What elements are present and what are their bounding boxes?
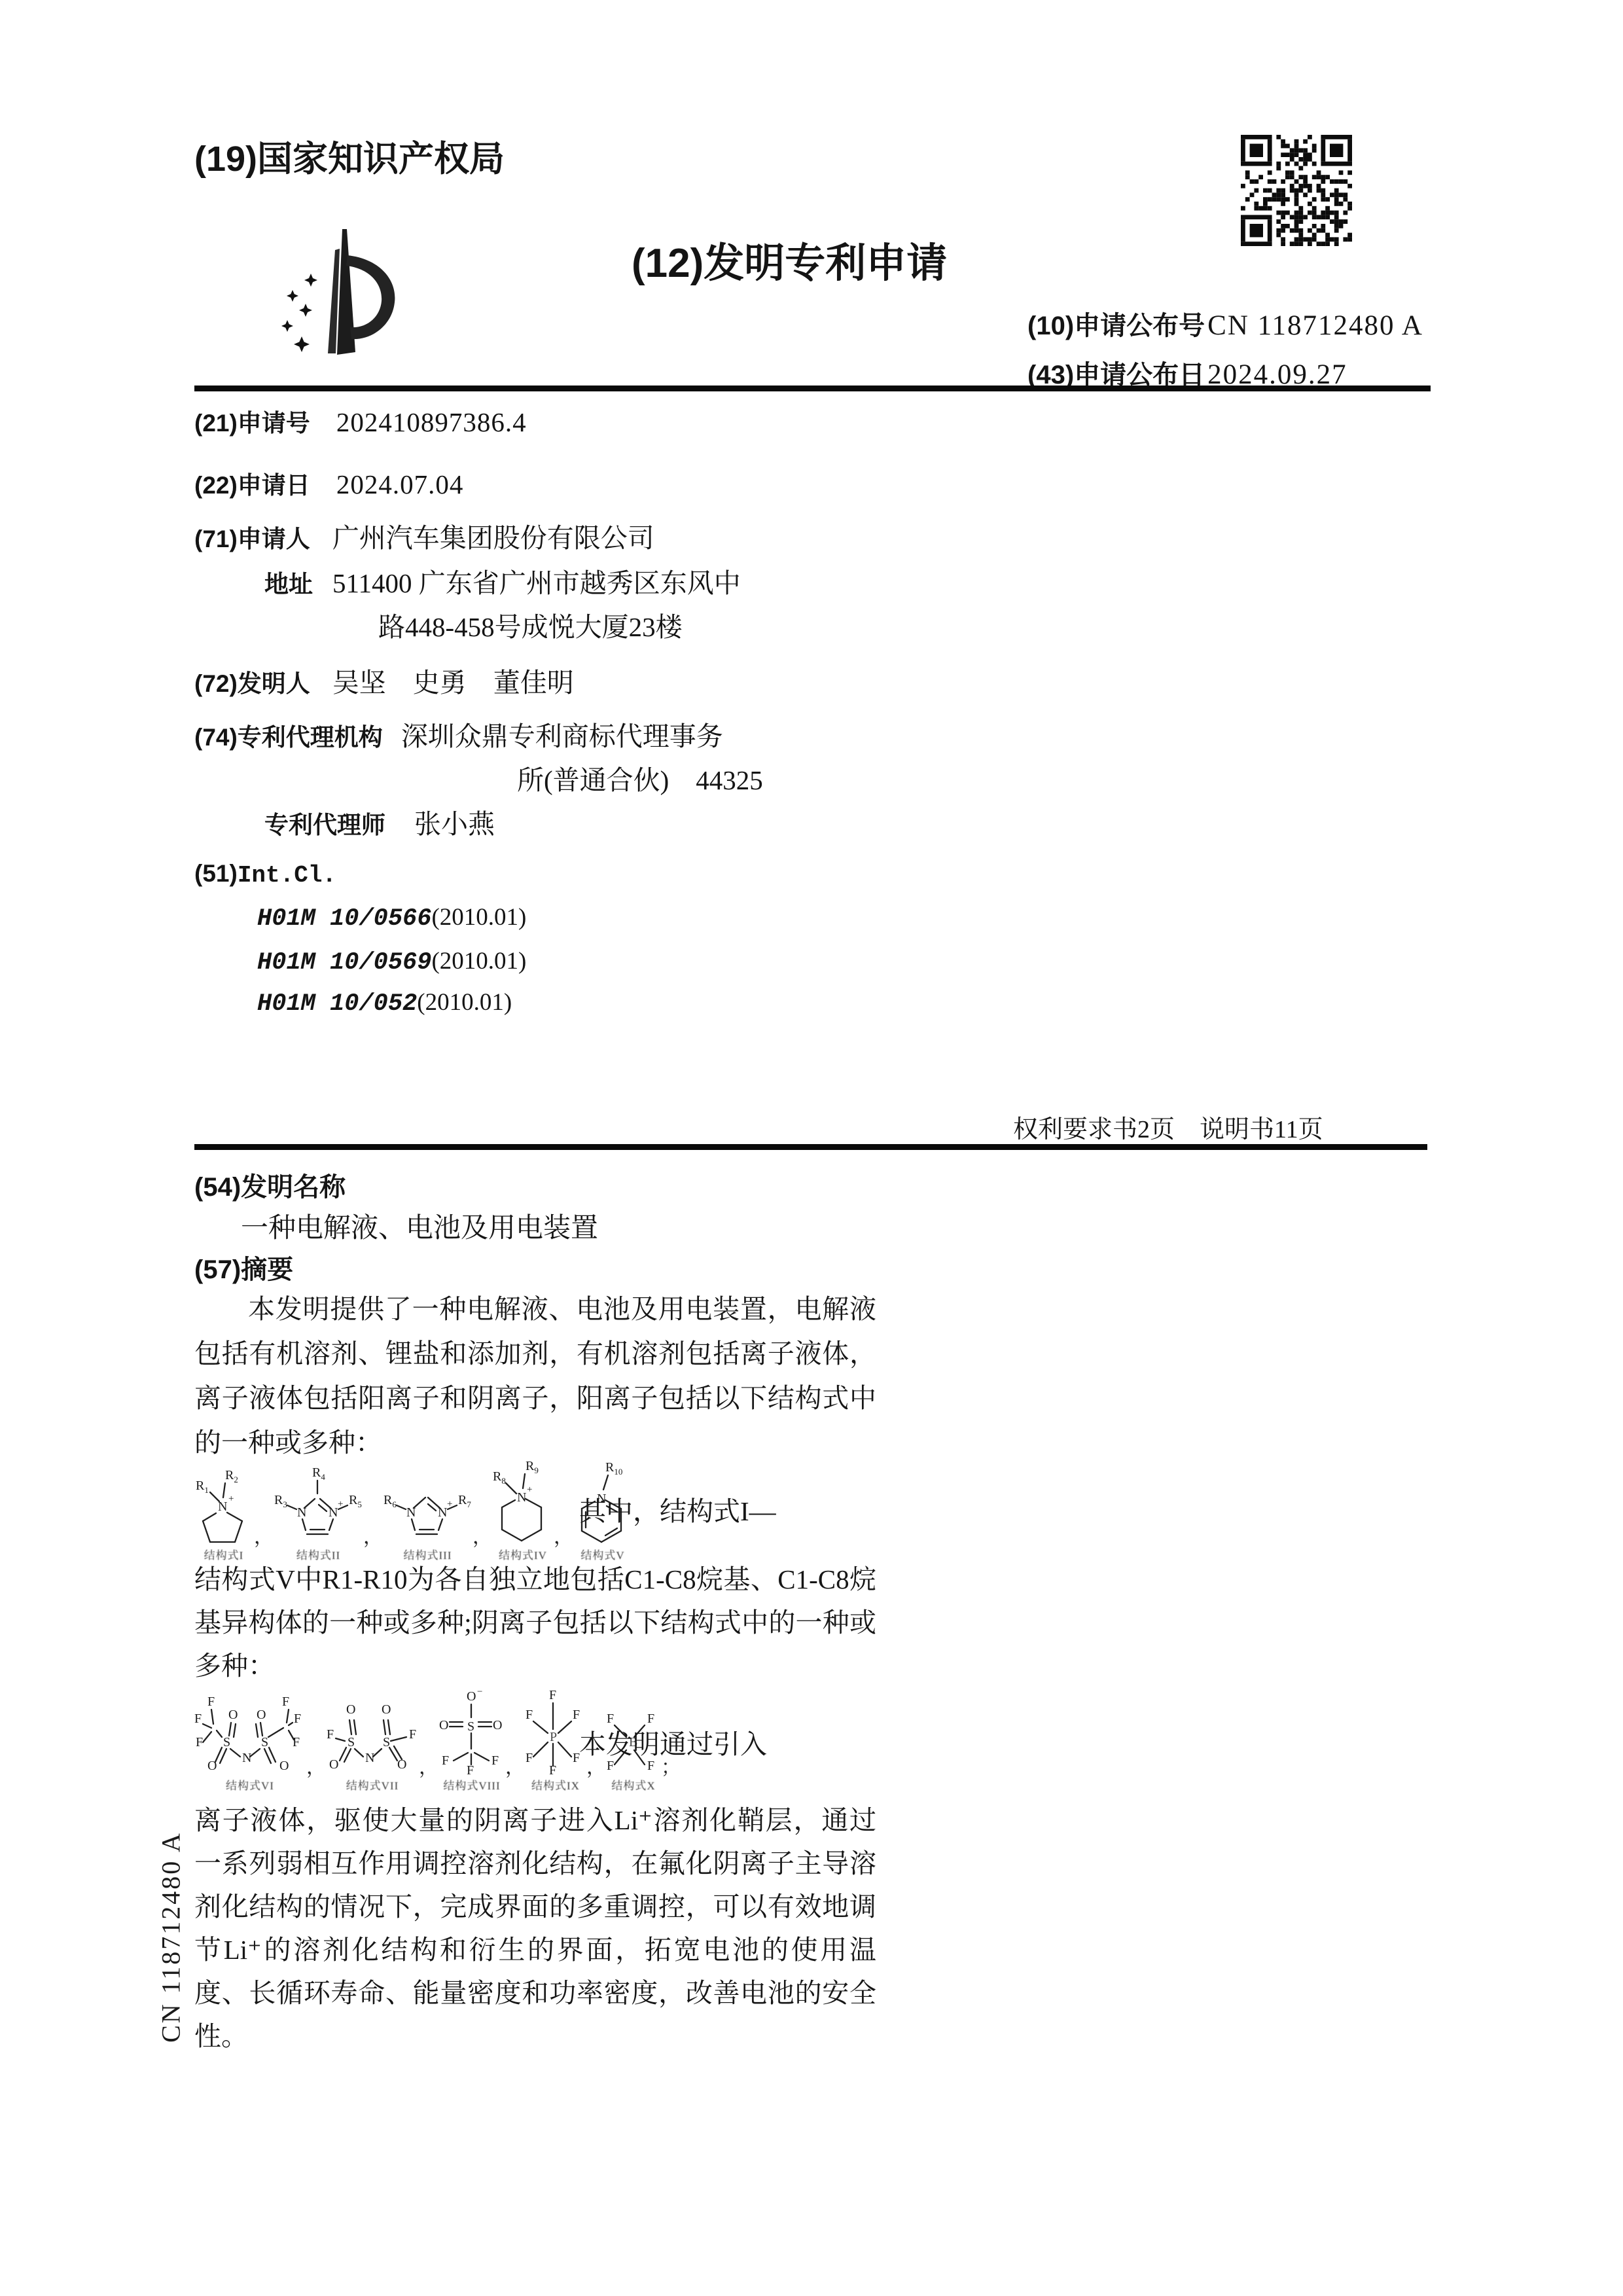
- intcl-label-num: (51): [194, 860, 238, 887]
- intcl-label: Int.Cl.: [238, 862, 336, 889]
- intcl-version: (2010.01): [431, 904, 526, 931]
- svg-text:N: N: [365, 1751, 374, 1765]
- structure-diagram-piperidinium: R8 R9 N+ 结构式IV: [493, 1461, 553, 1562]
- svg-text:F: F: [282, 1695, 289, 1709]
- intcl-code: H01M 10/052: [257, 990, 417, 1018]
- svg-text:−: −: [477, 1689, 482, 1697]
- abstract-inline-after-cations: 其中，结构式I—: [579, 1490, 879, 1533]
- agency-label: (74)专利代理机构: [194, 724, 383, 751]
- svg-text:O: O: [329, 1757, 338, 1772]
- address-line1: 511400 广东省广州市越秀区东风中: [332, 568, 741, 598]
- cation-structures-row: R1 R2 N+ 结构式I ， R3 R4 R5 NN+: [194, 1461, 587, 1562]
- svg-text:O: O: [346, 1702, 355, 1717]
- svg-text:F: F: [549, 1689, 556, 1702]
- comma-separator: ，: [473, 1520, 492, 1549]
- svg-text:F: F: [491, 1753, 499, 1768]
- section-divider: [194, 1144, 1427, 1150]
- svg-text:R6: R6: [383, 1493, 397, 1509]
- svg-text:O: O: [382, 1702, 391, 1717]
- svg-text:N: N: [517, 1490, 526, 1505]
- anion-structures-row: FFF OO S N S OO FFF 结构式VI ， F: [194, 1689, 587, 1793]
- svg-text:F: F: [196, 1735, 203, 1749]
- structure-caption: 结构式X: [611, 1776, 655, 1793]
- svg-text:F: F: [409, 1727, 416, 1742]
- svg-text:N: N: [242, 1751, 251, 1765]
- comma-separator: ，: [363, 1520, 383, 1549]
- svg-text:+: +: [228, 1494, 234, 1504]
- structure-diagram-triflate-anion: O− OOS FFF 结构式VIII: [439, 1689, 505, 1793]
- agency-line1: 深圳众鼎专利商标代理事务: [401, 721, 723, 751]
- agent-value: 张小燕: [414, 809, 495, 839]
- abstract-paragraph-2: 结构式V中R1-R10为各自独立地包括C1-C8烷基、C1-C8烷基异构体的一种…: [194, 1558, 876, 1687]
- comma-separator: ，: [419, 1751, 438, 1780]
- svg-text:R8: R8: [493, 1469, 506, 1486]
- office-name: (19)国家知识产权局: [194, 131, 505, 181]
- svg-text:P: P: [550, 1730, 557, 1744]
- abstract-paragraph-1: 本发明提供了一种电解液、电池及用电装置，电解液包括有机溶剂、锂盐和添加剂，有机溶…: [194, 1287, 876, 1465]
- svg-text:S: S: [223, 1735, 230, 1749]
- svg-text:+: +: [447, 1499, 452, 1509]
- doc-type-title: (12)发明专利申请: [632, 230, 947, 289]
- structure-diagram-tfsi-anion: FFF OO S N S OO FFF 结构式VI: [194, 1695, 306, 1793]
- svg-text:O: O: [439, 1718, 448, 1732]
- address-line2: 路448-458号成悦大厦23楼: [378, 612, 683, 642]
- svg-text:R1: R1: [196, 1479, 209, 1495]
- svg-text:F: F: [442, 1753, 449, 1768]
- svg-text:F: F: [526, 1708, 533, 1722]
- app-date-value: 2024.07.04: [336, 469, 464, 499]
- agency-line2: 所(普通合伙) 44325: [517, 765, 763, 795]
- applicant-value: 广州汽车集团股份有限公司: [332, 523, 654, 553]
- patent-front-page: (19)国家知识产权局 (12)发明专利申请 (10)申请公布号 CN 1187…: [0, 0, 1623, 2296]
- structure-caption: 结构式IX: [531, 1776, 580, 1793]
- comma-separator: ，: [505, 1751, 525, 1780]
- qr-code-icon: [1241, 135, 1352, 246]
- inventors-label: (72)发明人: [194, 670, 310, 697]
- comma-separator: ，: [306, 1751, 326, 1780]
- svg-text:F: F: [207, 1695, 215, 1709]
- svg-text:F: F: [293, 1735, 300, 1749]
- svg-text:O: O: [467, 1689, 476, 1704]
- svg-text:+: +: [338, 1499, 343, 1509]
- cnipa-logo-icon: [272, 226, 419, 358]
- side-publication-code: CN 118712480 A: [156, 1806, 187, 2068]
- svg-text:O: O: [257, 1708, 266, 1722]
- svg-text:R10: R10: [605, 1461, 622, 1477]
- svg-text:O: O: [279, 1759, 289, 1773]
- intcl-version: (2010.01): [417, 989, 512, 1016]
- svg-text:S: S: [261, 1735, 268, 1749]
- svg-text:R4: R4: [312, 1467, 325, 1482]
- svg-text:F: F: [294, 1712, 301, 1726]
- invention-title: 一种电解液、电池及用电装置: [241, 1206, 598, 1246]
- inventors-value: 吴坚 史勇 董佳明: [332, 668, 574, 698]
- structure-caption: 结构式VII: [346, 1776, 399, 1793]
- structure-diagram-imidazolium-disub: R6 R7 NN+ 结构式III: [383, 1467, 472, 1562]
- structure-caption: 结构式VI: [226, 1776, 274, 1793]
- svg-text:F: F: [467, 1763, 474, 1775]
- intcl-code: H01M 10/0566: [257, 905, 431, 933]
- svg-text:N: N: [218, 1499, 227, 1514]
- structure-diagram-fsi-anion: FOO S N S OO F 结构式VII: [327, 1695, 418, 1793]
- pages-info: 权利要求书2页 说明书11页: [1013, 1109, 1323, 1145]
- svg-text:R9: R9: [526, 1461, 539, 1475]
- pub-number-label: (10)申请公布号: [1027, 312, 1205, 340]
- address-label: 地址: [264, 571, 313, 598]
- app-date-label: (22)申请日: [194, 472, 310, 499]
- intcl-code: H01M 10/0569: [257, 949, 431, 977]
- structure-diagram-pyrrolidinium: R1 R2 N+ 结构式I: [194, 1467, 253, 1562]
- comma-separator: ，: [554, 1520, 573, 1549]
- svg-text:S: S: [467, 1719, 474, 1734]
- applicant-label: (71)申请人: [194, 526, 310, 552]
- structure-diagram-pf6-anion: P FF FF FF 结构式IX: [526, 1689, 586, 1793]
- svg-text:R7: R7: [458, 1493, 471, 1509]
- agent-label: 专利代理师: [264, 812, 385, 838]
- abstract-label: (57)摘要: [194, 1249, 293, 1286]
- svg-text:R2: R2: [225, 1468, 238, 1484]
- structure-caption: 结构式VIII: [443, 1776, 500, 1793]
- comma-separator: ，: [254, 1520, 274, 1549]
- svg-text:O: O: [493, 1718, 502, 1732]
- svg-text:+: +: [527, 1484, 532, 1495]
- svg-text:O: O: [228, 1708, 238, 1722]
- svg-text:R3: R3: [274, 1493, 287, 1509]
- abstract-inline-after-anions: 本发明通过引入: [579, 1723, 879, 1766]
- svg-text:S: S: [348, 1735, 355, 1749]
- invention-title-label: (54)发明名称: [194, 1166, 346, 1204]
- header-divider: [194, 386, 1431, 391]
- structure-diagram-imidazolium-trisub: R3 R4 R5 NN+ 结构式II: [274, 1467, 363, 1562]
- svg-text:F: F: [194, 1712, 202, 1726]
- app-number-label: (21)申请号: [194, 410, 310, 437]
- svg-text:F: F: [573, 1708, 580, 1722]
- intcl-version: (2010.01): [431, 948, 526, 975]
- pub-number-value: CN 118712480 A: [1207, 310, 1423, 341]
- abstract-paragraph-3: 离子液体，驱使大量的阴离子进入Li⁺溶剂化鞘层，通过一系列弱相互作用调控溶剂化结…: [194, 1799, 876, 2058]
- svg-text:R5: R5: [349, 1493, 362, 1509]
- svg-text:F: F: [526, 1751, 533, 1765]
- app-number-value: 202410897386.4: [336, 407, 527, 437]
- svg-text:F: F: [327, 1727, 334, 1742]
